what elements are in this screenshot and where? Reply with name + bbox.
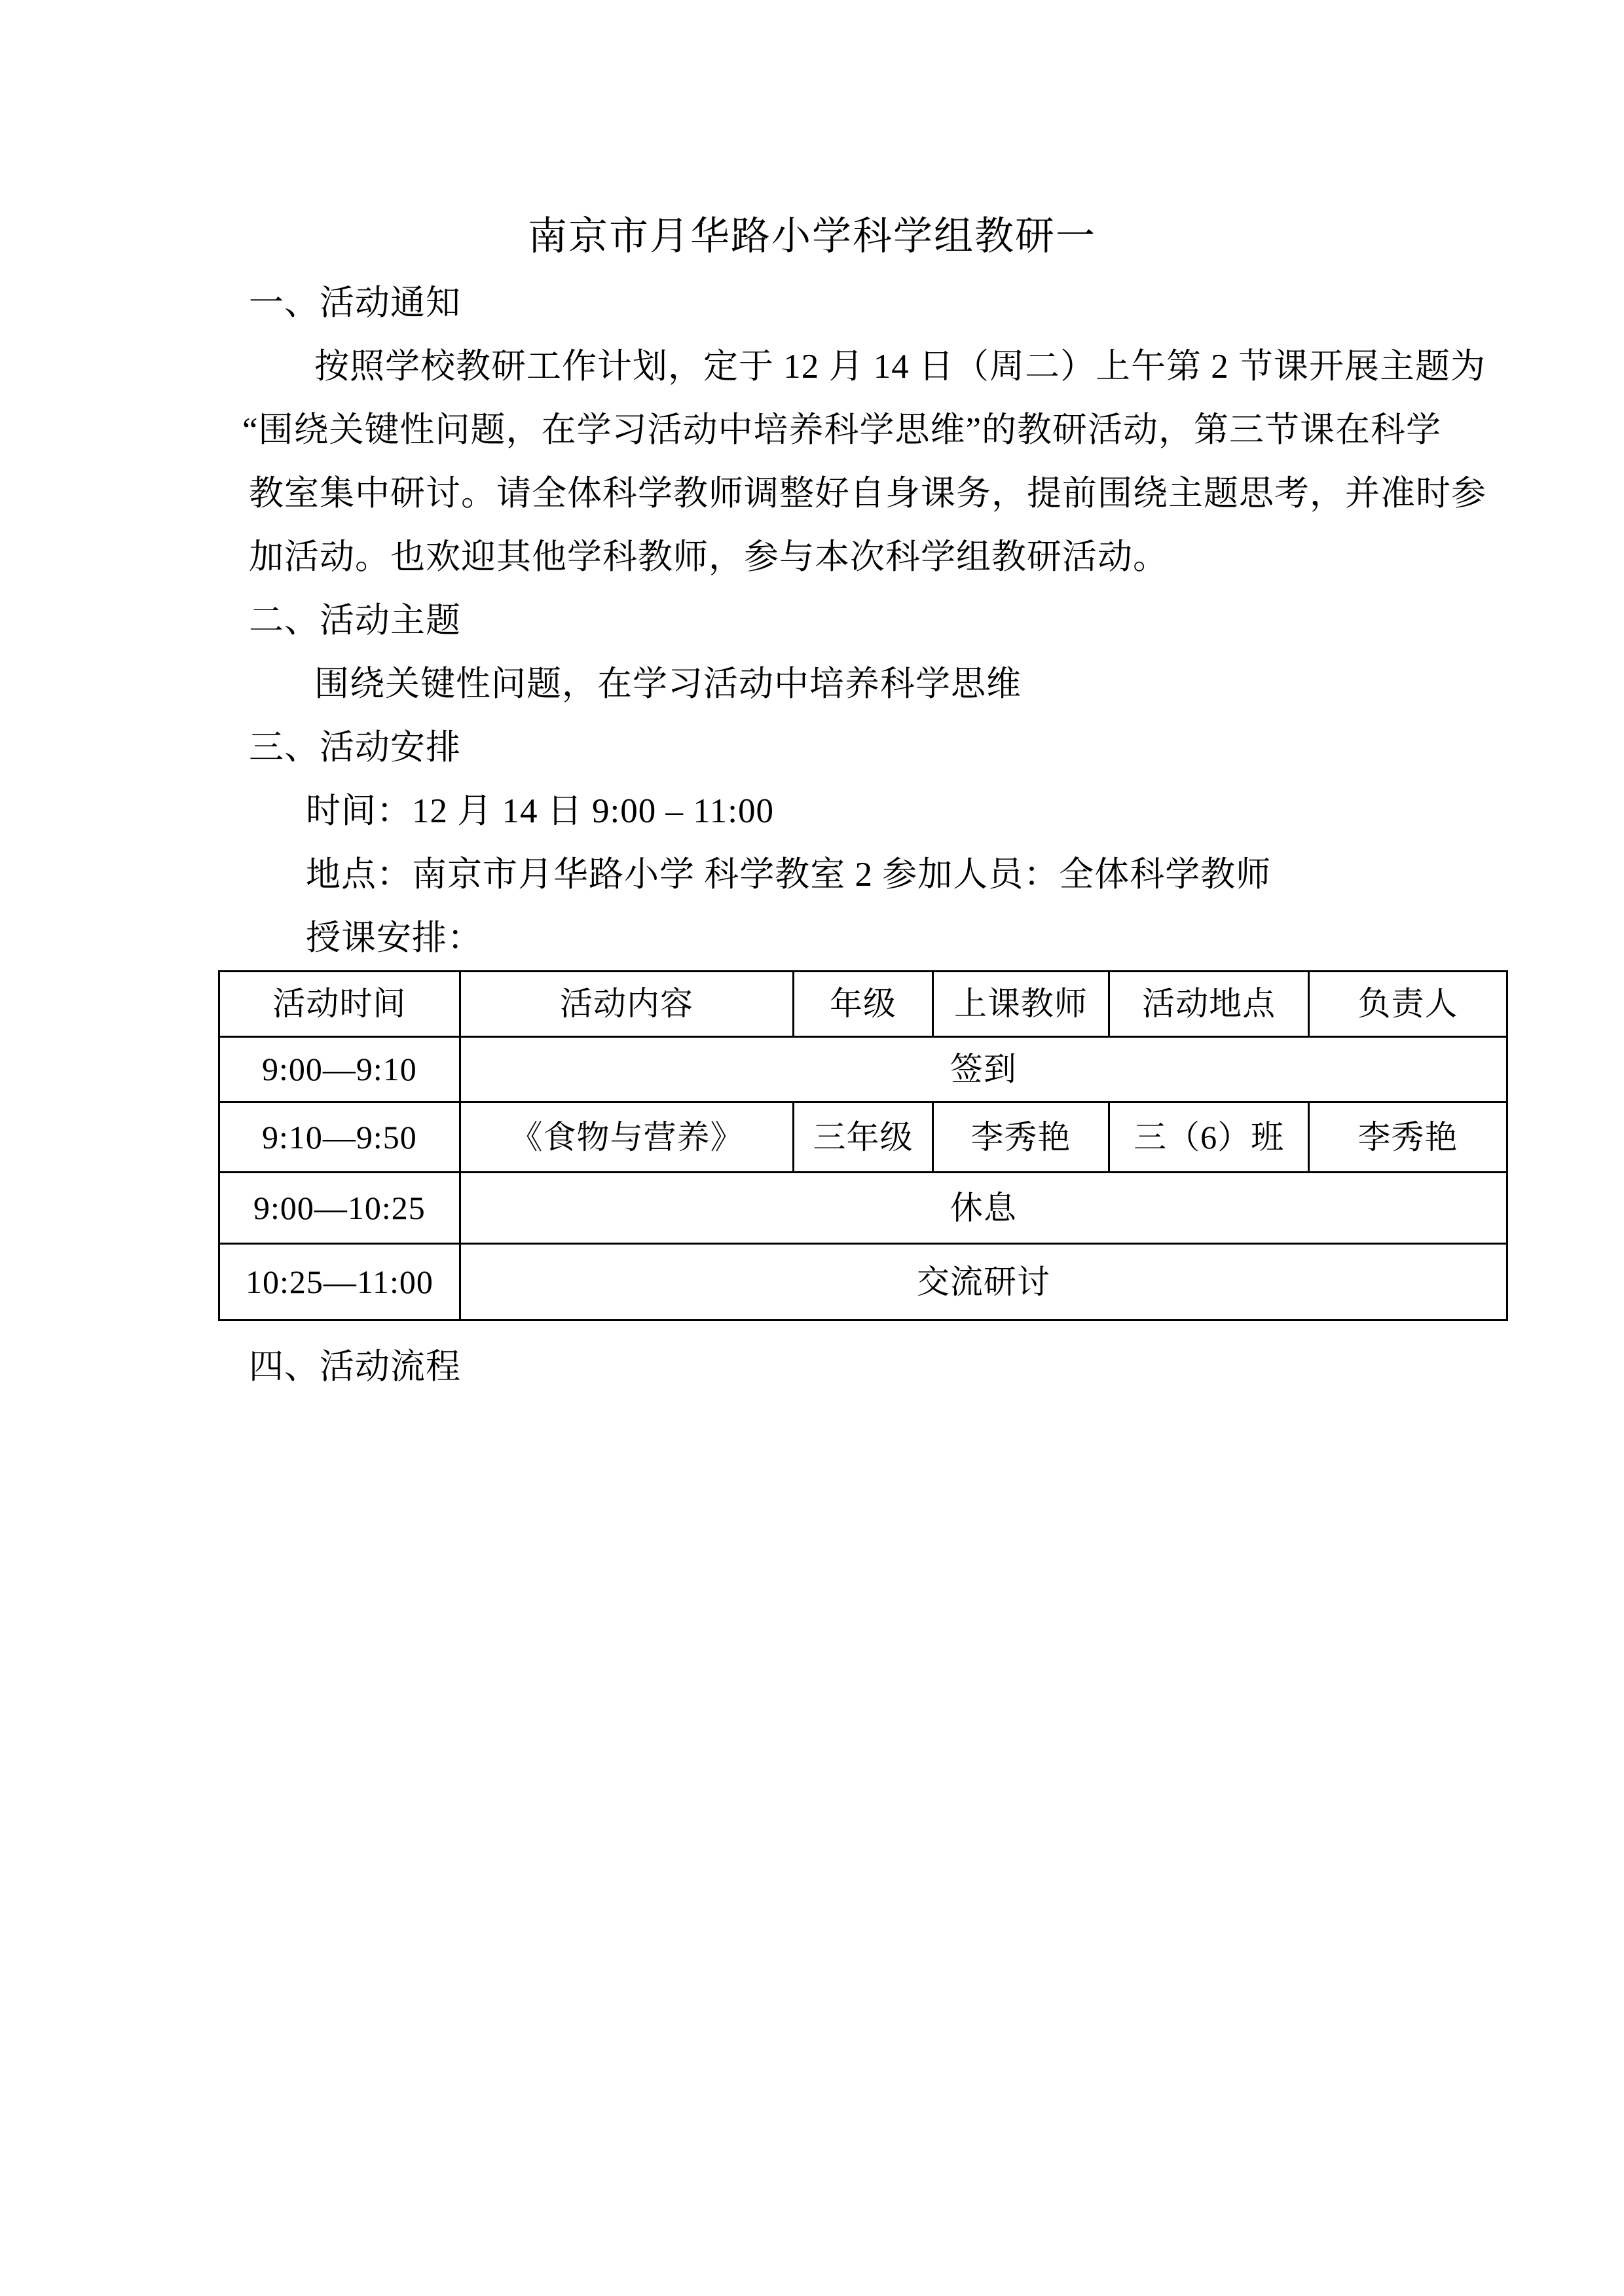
notice-paragraph-line-4: 加活动。也欢迎其他学科教师，参与本次科学组教研活动。 <box>249 526 1414 589</box>
cell-time: 9:00—10:25 <box>219 1173 460 1244</box>
cell-time: 9:10—9:50 <box>219 1102 460 1173</box>
header-cell-grade: 年级 <box>794 972 932 1037</box>
cell-merged-content: 交流研讨 <box>460 1244 1507 1321</box>
section-4-heading: 四、活动流程 <box>249 1336 1414 1399</box>
cell-teacher: 李秀艳 <box>932 1102 1109 1173</box>
header-cell-activity-time: 活动时间 <box>219 972 460 1037</box>
cell-time: 10:25—11:00 <box>219 1244 460 1321</box>
cell-merged-content: 休息 <box>460 1173 1507 1244</box>
notice-paragraph-line-2: “围绕关键性问题，在学习活动中培养科学思维”的教研活动，第三节课在科学 <box>242 399 1414 462</box>
activity-theme-line: 围绕关键性问题，在学习活动中培养科学思维 <box>249 653 1414 716</box>
cell-place: 三（6）班 <box>1109 1102 1309 1173</box>
notice-paragraph-line-3: 教室集中研讨。请全体科学教师调整好自身课务，提前围绕主题思考，并准时参 <box>249 462 1414 526</box>
cell-grade: 三年级 <box>794 1102 932 1173</box>
document-title: 南京市月华路小学科学组教研一 <box>0 213 1624 260</box>
cell-time: 9:00—9:10 <box>219 1037 460 1102</box>
document-page: 南京市月华路小学科学组教研一 一、活动通知 按照学校教研工作计划，定于 12 月… <box>0 0 1624 2296</box>
header-cell-leader: 负责人 <box>1309 972 1507 1037</box>
section-3-heading: 三、活动安排 <box>249 716 1414 780</box>
header-cell-teacher: 上课教师 <box>932 972 1109 1037</box>
header-cell-place: 活动地点 <box>1109 972 1309 1037</box>
table-row-lesson: 9:10—9:50 《食物与营养》 三年级 李秀艳 三（6）班 李秀艳 <box>219 1102 1507 1173</box>
cell-content: 《食物与营养》 <box>460 1102 793 1173</box>
cell-leader: 李秀艳 <box>1309 1102 1507 1173</box>
activity-place-line: 地点：南京市月华路小学 科学教室 2 参加人员：全体科学教师 <box>249 843 1414 907</box>
header-cell-activity-content: 活动内容 <box>460 972 793 1037</box>
notice-paragraph-line-1: 按照学校教研工作计划，定于 12 月 14 日（周二）上午第 2 节课开展主题为 <box>249 335 1414 399</box>
table-row-break: 9:00—10:25 休息 <box>219 1173 1507 1244</box>
activity-time-line: 时间：12 月 14 日 9:00 – 11:00 <box>249 780 1414 843</box>
table-row-signin: 9:00—9:10 签到 <box>219 1037 1507 1102</box>
table-row-discussion: 10:25—11:00 交流研讨 <box>219 1244 1507 1321</box>
document-body: 一、活动通知 按照学校教研工作计划，定于 12 月 14 日（周二）上午第 2 … <box>249 272 1414 1399</box>
schedule-table: 活动时间 活动内容 年级 上课教师 活动地点 负责人 9:00—9:10 签到 … <box>218 970 1508 1321</box>
section-1-heading: 一、活动通知 <box>249 272 1414 335</box>
table-header-row: 活动时间 活动内容 年级 上课教师 活动地点 负责人 <box>219 972 1507 1037</box>
cell-merged-content: 签到 <box>460 1037 1507 1102</box>
section-2-heading: 二、活动主题 <box>249 589 1414 653</box>
schedule-label: 授课安排： <box>249 907 1414 970</box>
